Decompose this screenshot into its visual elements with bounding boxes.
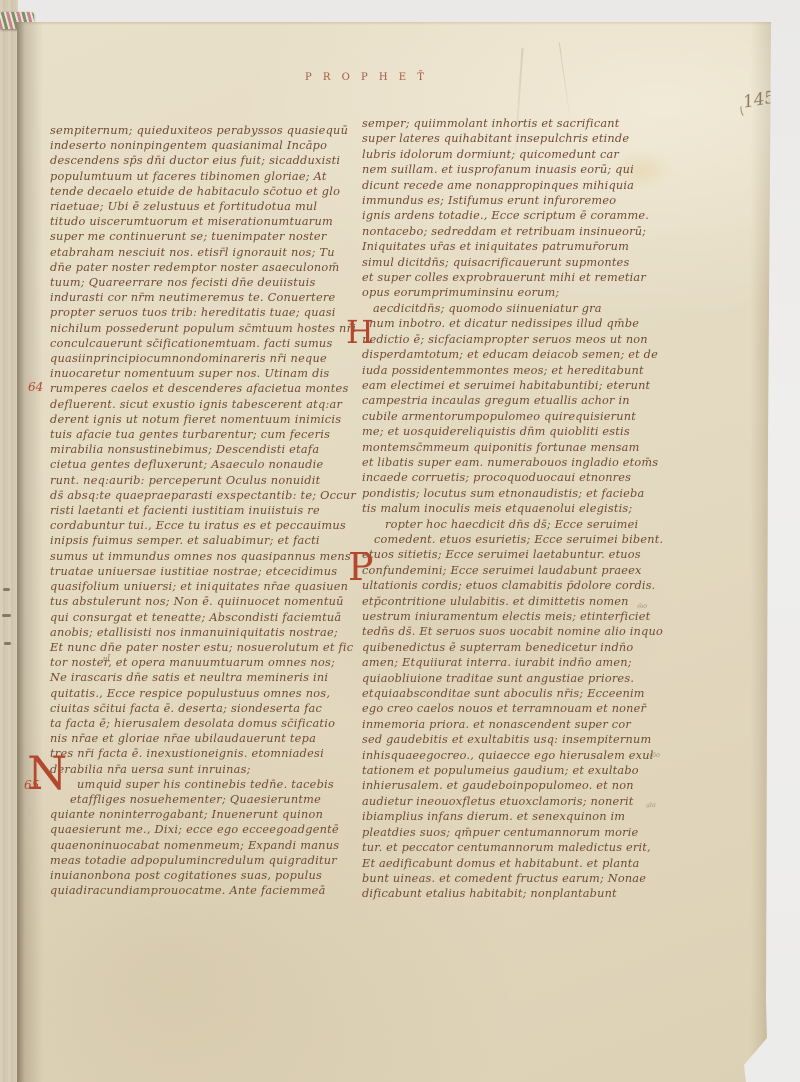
manuscript-line: Et nunc dn̄e pater noster estu; nosuerol… [50,640,368,655]
manuscript-line: tus abstulerunt nos; Non ē. quiinuocet n… [50,594,368,609]
manuscript-line: quasiinprincipiocumnondominareris nr̄i n… [50,351,368,366]
manuscript-line: super lateres quihabitant insepulchris e… [362,131,698,146]
manuscript-line: sed gaudebitis et exultabitis usq: insem… [362,732,698,747]
manuscript-line: rumperes caelos et descenderes afacietua… [50,381,368,396]
manuscript-line: ropter hoc haecdicit dn̄s ds̄; Ecce seru… [385,517,698,532]
manuscript-line: propter seruos tuos trib: hereditatis tu… [50,305,368,320]
manuscript-line: dicunt recede ame nonappropinques mihiqu… [362,178,698,193]
manuscript-line: et super colles exprobrauerunt mihi et r… [362,270,698,285]
manuscript-line: Iniquitates ur̄as et iniquitates patrumu… [362,239,698,254]
manuscript-line: lubris idolorum dormiunt; quicomedunt ca… [362,147,698,162]
manuscript-line: opus eorumprimuminsinu eorum; [362,285,698,300]
facing-page-edge [0,0,18,1082]
manuscript-line: nem suillam. et iusprofanum inuasis eorū… [362,162,698,177]
manuscript-line: quibenedictus ē supterram benedicetur in… [362,640,698,655]
manuscript-line: eam electimei et seruimei habitabuntibi;… [362,378,698,393]
manuscript-line: iuda possidentemmontes meos; et heredita… [362,363,698,378]
manuscript-line: bunt uineas. et comedent fructus earum; … [362,871,698,886]
manuscript-line: inipsis fuimus semper. et saluabimur; et… [50,533,368,548]
manuscript-line: pondistis; locutus sum etnonaudistis; et… [362,486,698,501]
manuscript-line: cietua gentes defluxerunt; Asaeculo nona… [50,457,368,472]
manuscript-line: ignis ardens totadie., Ecce scriptum ē c… [362,208,698,223]
edge-speck [3,588,10,591]
manuscript-line: tur. et peccator centumannorum maledictu… [362,840,698,855]
manuscript-line: sempiternum; quieduxiteos perabyssos qua… [50,123,368,138]
manuscript-line: immundus es; Istifumus erunt infuroremeo [362,193,698,208]
manuscript-line: runt. neq:aurib: perceperunt Oculus nonu… [50,473,368,488]
manuscript-line: ta facta ē; hierusalem desolata domus sc… [50,716,368,731]
manuscript-line: amen; Etquiiurat interra. iurabit indn̄o… [362,655,698,670]
manuscript-line: derabilia nr̄a uersa sunt inruinas; [50,762,368,777]
manuscript-line: ego creo caelos nouos et terramnouam et … [362,701,698,716]
manuscript-line: descendens sp̄s dn̄i ductor eius fuit; s… [50,153,368,168]
manuscript-line: ultationis cordis; etuos clamabitis p̄do… [362,578,698,593]
manuscript-line: risti laetanti et facienti iustitiam inu… [50,503,368,518]
marginal-correction-mark: ala [646,801,656,810]
manuscript-line: truatae uniuersae iustitiae nostrae; etc… [50,564,368,579]
chapter-number-65: 65 [24,778,39,792]
manuscript-line: populumtuum ut faceres tibinomen gloriae… [50,169,368,184]
manuscript-line: inmemoria priora. et nonascendent super … [362,717,698,732]
manuscript-line: sumus ut immundus omnes nos quasipannus … [50,549,368,564]
running-header: P R O P H E T̄ [305,72,428,83]
manuscript-line: uestrum iniuramentum electis meis; etint… [362,609,698,624]
right-text-column: semper; quiimmolant inhortis et sacrific… [362,116,698,902]
manuscript-line: disperdamtotum; et educam deiacob semen;… [362,347,698,362]
manuscript-line: cubile armentorumpopulomeo quirequisieru… [362,409,698,424]
manuscript-line: ds̄ absq:te quaepraeparasti exspectantib… [50,488,368,503]
manuscript-line: semper; quiimmolant inhortis et sacrific… [362,116,698,131]
manuscript-line: etquiaabsconditae sunt aboculis nr̄is; E… [362,686,698,701]
manuscript-line: tuum; Quareerrare nos fecisti dn̄e deuii… [50,275,368,290]
manuscript-line: tedn̄s ds̄. Et seruos suos uocabit nomin… [362,624,698,639]
manuscript-line: inhierusalem. et gaudeboinpopulomeo. et … [362,778,698,793]
manuscript-line: meas totadie adpopulumincredulum quigrad… [50,853,368,868]
manuscript-line: quiaobliuione traditae sunt angustiae pr… [362,671,698,686]
manuscript-line: umquid super his continebis tedn̄e. tace… [77,777,368,792]
manuscript-line: mirabilia nonsustinebimus; Descendisti e… [50,442,368,457]
manuscript-line: defluerent. sicut exustio ignis tabescer… [50,397,368,412]
drop-initial-h: H [346,316,374,348]
marginal-correction-mark: m̄o [637,602,648,611]
manuscript-line: cordabuntur tui., Ecce tu iratus es et p… [50,518,368,533]
manuscript-line: anobis; etallisisti nos inmanuiniquitati… [50,625,368,640]
manuscript-line: dificabunt etalius habitabit; nonplantab… [362,886,698,901]
manuscript-line: me; et uosquidereliquistis dn̄m quioblit… [362,424,698,439]
manuscript-line: ciuitas sc̄itui facta ē. deserta; sionde… [50,701,368,716]
manuscript-line: ibiamplius infans dierum. et senexquinon… [362,809,698,824]
manuscript-line: tis malum inoculis meis etquaenolui eleg… [362,501,698,516]
manuscript-line: etp̄contritione ululabitis. et dimitteti… [362,594,698,609]
manuscript-line: conculcauerunt sc̄ificationemtuam. facti… [50,336,368,351]
manuscript-line: Et aedificabunt domus et habitabunt. et … [362,856,698,871]
edge-speck [4,642,11,645]
manuscript-line: inuianonbona post cogitationes suas, pop… [50,868,368,883]
manuscript-line: tres nr̄i facta ē. inexustioneignis. eto… [50,746,368,761]
manuscript-line: super me continuerunt se; tuenimpater no… [50,229,368,244]
manuscript-line: montemsc̄mmeum quiponitis fortunae mensa… [362,440,698,455]
manuscript-line: indurasti cor nr̄m neutimeremus te. Conu… [50,290,368,305]
manuscript-line: tor noster, et opera manuumtuarum omnes … [50,655,368,670]
manuscript-line: quiadiracundiamprouocatme. Ante faciemme… [50,883,368,898]
manuscript-line: nontacebo; sedreddam et retribuam insinu… [362,224,698,239]
marginal-correction-mark: rōo [649,751,660,760]
chapter-number-64: 64 [28,380,43,394]
manuscript-line: tende decaelo etuide de habitaculo sc̄ot… [50,184,368,199]
manuscript-line: campestria incaulas gregum etuallis acho… [362,393,698,408]
drop-initial-p: P [348,548,374,586]
manuscript-line: quiante noninterrogabant; Inuenerunt qui… [50,807,368,822]
manuscript-line: etaffliges nosuehementer; Quaesieruntme [70,792,368,807]
manuscript-line: etabraham nesciuit nos. etisr̄l ignoraui… [50,245,368,260]
manuscript-line: incaede corruetis; procoquoduocaui etnon… [362,470,698,485]
manuscript-line: riaetuae; Ubi ē zelustuus et fortitudotu… [50,199,368,214]
manuscript-line: inuocaretur nomentuum super nos. Utinam … [50,366,368,381]
left-text-column: sempiternum; quieduxiteos perabyssos qua… [50,123,368,898]
manuscript-line: pleatdies suos; qm̄puer centumannorum mo… [362,825,698,840]
manuscript-line: simul dicitdn̄s; quisacrificauerunt supm… [362,255,698,270]
manuscript-line: tationem et populumeius gaudium; et exul… [362,763,698,778]
manuscript-line: quitatis., Ecce respice populustuus omne… [50,686,368,701]
manuscript-line: nedictio ē; sicfaciampropter seruos meos… [362,332,698,347]
manuscript-line: quaenoninuocabat nomenmeum; Expandi manu… [50,838,368,853]
manuscript-line: dn̄e pater noster redemptor noster asaec… [50,260,368,275]
edge-speck [2,614,11,617]
manuscript-line: indeserto noninpingentem quasianimal Inc… [50,138,368,153]
manuscript-line: nichilum possederunt populum sc̄mtuum ho… [50,321,368,336]
manuscript-line: num inbotro. et dicatur nedissipes illud… [369,316,698,331]
manuscript-line: tuis afacie tua gentes turbarentur; cum … [50,427,368,442]
manuscript-line: confundemini; Ecce seruimei laudabunt pr… [362,563,698,578]
manuscript-line: aecdicitdn̄s; quomodo siinueniatur gra [373,301,698,316]
manuscript-line: derent ignis ut notum fieret nomentuum i… [50,412,368,427]
folio-number: 145 [742,87,777,112]
manuscript-line: titudo uiscerumtuorum et miserationumtua… [50,214,368,229]
manuscript-line: etuos sitietis; Ecce seruimei laetabuntu… [362,547,698,562]
manuscript-line: et libatis super eam. numerabouos inglad… [362,455,698,470]
interlinear-gloss: ul̄ [103,655,110,663]
manuscript-line: comedent. etuos esurietis; Ecce seruimei… [374,532,698,547]
manuscript-line: qui consurgat et teneatte; Abscondisti f… [50,610,368,625]
manuscript-page: P R O P H E T̄ 145 sempiternum; quieduxi… [17,22,773,1082]
manuscript-line: quasifolium uniuersi; et iniquitates nr̄… [50,579,368,594]
manuscript-line: nis nr̄ae et gloriae nr̄ae ubilaudauerun… [50,731,368,746]
manuscript-line: inhisquaeegocreo., quiaecce ego hierusal… [362,748,698,763]
manuscript-line: quaesierunt me., Dixi; ecce ego ecceegoa… [50,822,368,837]
manuscript-line: Ne irascaris dn̄e satis et neultra memin… [50,670,368,685]
